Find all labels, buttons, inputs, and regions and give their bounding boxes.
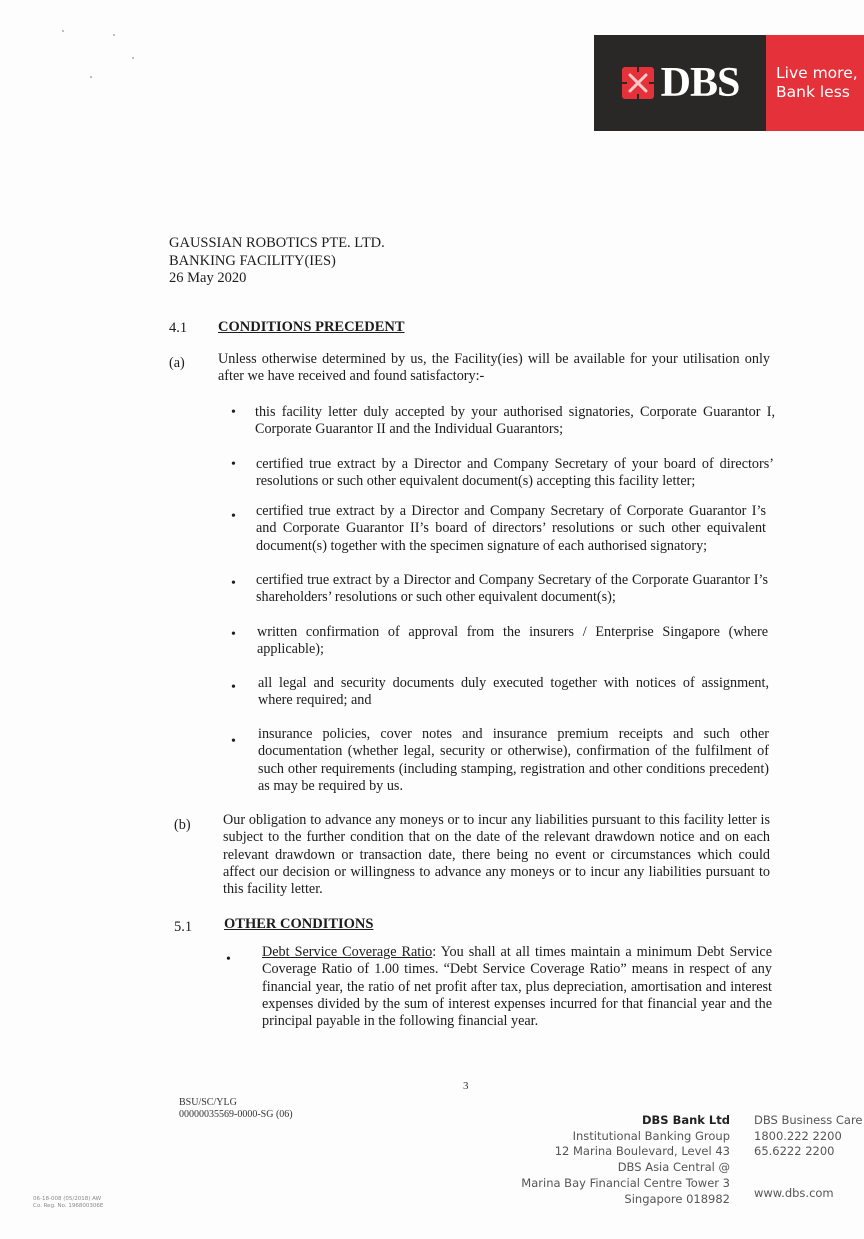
ref-code: 00000035569-0000-SG (06)	[179, 1109, 293, 1121]
bullet-icon: •	[226, 952, 231, 968]
dbs-logo-banner: DBS Live more, Bank less	[594, 35, 864, 131]
care-phone: 1800.222 2200	[754, 1129, 864, 1145]
address-line: DBS Asia Central @	[521, 1160, 730, 1176]
clause-a-bullet-5: written confirmation of approval from th…	[257, 624, 768, 659]
scan-speck	[62, 30, 64, 32]
clause-a-text: Unless otherwise determined by us, the F…	[218, 351, 770, 386]
care-phone: 65.6222 2200	[754, 1144, 864, 1160]
address-line: Marina Bay Financial Centre Tower 3	[521, 1176, 730, 1192]
bullet-icon: •	[231, 405, 236, 421]
scan-speck	[90, 76, 92, 78]
dbs-star-icon	[621, 66, 655, 100]
clause-label: (b)	[174, 817, 191, 834]
letter-subject: BANKING FACILITY(IES)	[169, 253, 385, 271]
bullet-icon: •	[231, 457, 236, 473]
registration-block: 06-18-008 (05/2018) AW Co. Reg. No. 1968…	[33, 1196, 103, 1210]
section-number: 5.1	[174, 919, 192, 936]
scan-speck	[132, 57, 134, 59]
address-line: 12 Marina Boulevard, Level 43	[521, 1144, 730, 1160]
logo-dark-panel: DBS	[594, 35, 766, 131]
care-label: DBS Business Care :	[754, 1113, 864, 1129]
address-line: Singapore 018982	[521, 1192, 730, 1208]
clause-a-bullet-2: certified true extract by a Director and…	[256, 456, 774, 491]
section-number: 4.1	[169, 320, 187, 337]
clause-a-bullet-7: insurance policies, cover notes and insu…	[258, 726, 769, 795]
ref-initials: BSU/SC/YLG	[179, 1097, 293, 1109]
clause-a-bullet-1: this facility letter duly accepted by yo…	[255, 404, 775, 439]
company-name: GAUSSIAN ROBOTICS PTE. LTD.	[169, 235, 385, 253]
bullet-icon: •	[231, 627, 236, 643]
dscr-term: Debt Service Coverage Ratio	[262, 944, 432, 960]
form-code: 06-18-008 (05/2018) AW	[33, 1196, 103, 1203]
clause-a-bullet-3: certified true extract by a Director and…	[256, 503, 766, 555]
clause-b-text: Our obligation to advance any moneys or …	[223, 812, 770, 898]
bullet-icon: •	[231, 576, 236, 592]
scan-speck	[113, 34, 115, 36]
page-number: 3	[463, 1080, 469, 1092]
tagline-line1: Live more,	[776, 64, 864, 83]
letter-date: 26 May 2020	[169, 270, 385, 288]
dscr-clause: Debt Service Coverage Ratio: You shall a…	[262, 944, 772, 1030]
bullet-icon: •	[231, 680, 236, 696]
logo-red-panel: Live more, Bank less	[766, 35, 864, 131]
dbs-wordmark: DBS	[661, 62, 740, 104]
reference-block: BSU/SC/YLG 00000035569-0000-SG (06)	[179, 1097, 293, 1120]
company-registration: Co. Reg. No. 196800306E	[33, 1203, 103, 1210]
bullet-icon: •	[231, 509, 236, 525]
clause-a-bullet-6: all legal and security documents duly ex…	[258, 675, 769, 710]
bank-address: DBS Bank Ltd Institutional Banking Group…	[521, 1113, 730, 1207]
section-title: OTHER CONDITIONS	[224, 916, 373, 933]
website-link[interactable]: www.dbs.com	[754, 1186, 834, 1200]
section-title: CONDITIONS PRECEDENT	[218, 319, 405, 336]
tagline-line2: Bank less	[776, 83, 864, 102]
bullet-icon: •	[231, 734, 236, 750]
letter-header: GAUSSIAN ROBOTICS PTE. LTD. BANKING FACI…	[169, 235, 385, 288]
bank-name: DBS Bank Ltd	[521, 1113, 730, 1129]
business-care-block: DBS Business Care : 1800.222 2200 65.622…	[754, 1113, 864, 1160]
clause-label: (a)	[169, 355, 185, 372]
address-line: Institutional Banking Group	[521, 1129, 730, 1145]
clause-a-bullet-4: certified true extract by a Director and…	[256, 572, 768, 607]
